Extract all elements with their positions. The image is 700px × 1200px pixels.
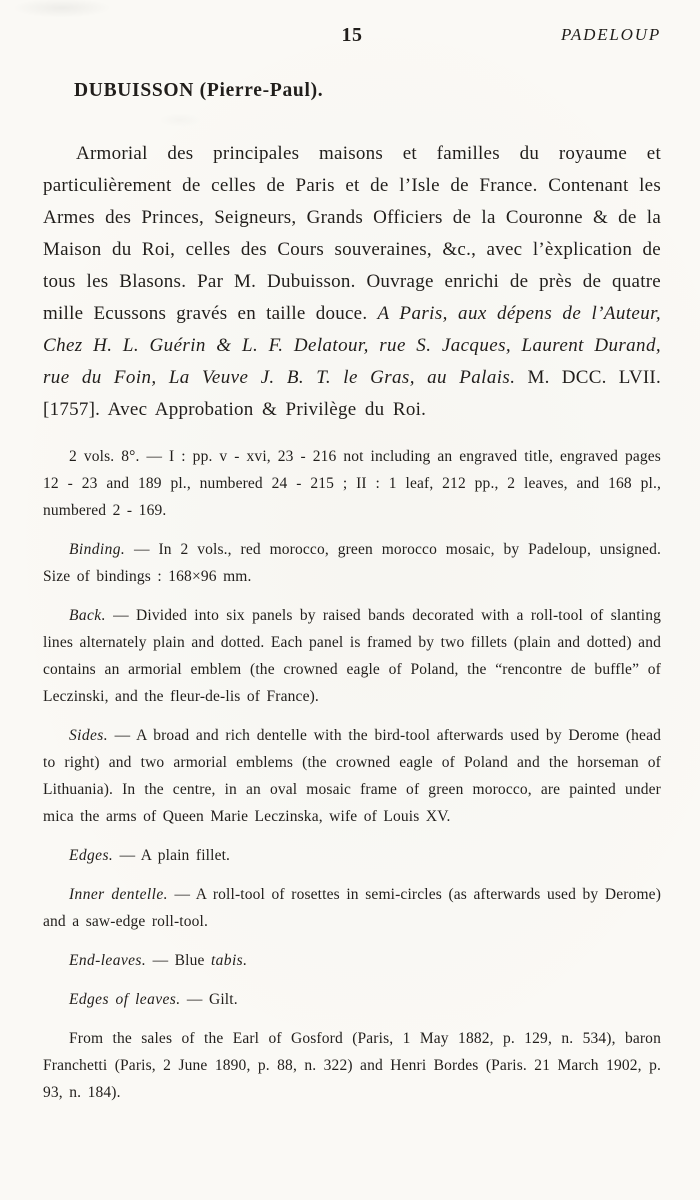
imprint-paragraph: Armorial des principales maisons et fami… xyxy=(43,138,661,426)
running-title: PADELOUP xyxy=(561,25,661,45)
end-leaves-paragraph: End-leaves. — Blue tabis. xyxy=(43,947,661,974)
page-header: 15 PADELOUP xyxy=(43,24,661,50)
collation-paragraph: 2 vols. 8°. — I : pp. v - xvi, 23 - 216 … xyxy=(43,443,661,524)
back-paragraph: Back. — Divided into six panels by raise… xyxy=(43,602,661,710)
inner-dentelle-paragraph: Inner dentelle. — A roll-tool of rosette… xyxy=(43,881,661,935)
edges-paragraph: Edges. — A plain fillet. xyxy=(43,842,661,869)
book-page: 15 PADELOUP DUBUISSON (Pierre-Paul). Arm… xyxy=(0,0,700,1200)
binding-paragraph: Binding. — In 2 vols., red morocco, gree… xyxy=(43,536,661,590)
sides-paragraph: Sides. — A broad and rich dentelle with … xyxy=(43,722,661,830)
edges-of-leaves-paragraph: Edges of leaves. — Gilt. xyxy=(43,986,661,1013)
entry-heading: DUBUISSON (Pierre-Paul). xyxy=(74,80,661,102)
provenance-paragraph: From the sales of the Earl of Gosford (P… xyxy=(43,1025,661,1106)
